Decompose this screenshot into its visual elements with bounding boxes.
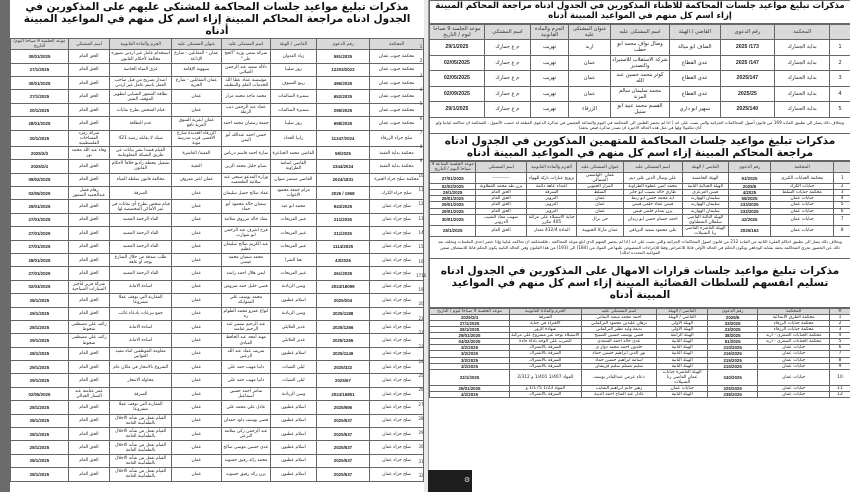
table-cell: 02/05/2025 — [11, 387, 69, 400]
table-cell: اساءة الامانة — [110, 280, 172, 293]
table-cell: قصي خليل حمد شروش — [221, 280, 271, 293]
table-cell: روز صليبا — [271, 63, 316, 76]
table-cell: الحق العام — [68, 200, 109, 213]
table-cell: حي نزال — [577, 214, 623, 225]
table-cell: وسن الزيادنة — [271, 387, 316, 400]
table-cell: برهان عليدين محمود التركماني — [581, 321, 657, 327]
table-row: صلح جزاء عمان2025/1266غدير العلايليعبد ا… — [11, 320, 424, 333]
column-header: عنوان المشتكى عليه — [577, 162, 623, 173]
table-cell: الحق العام — [68, 240, 109, 253]
table-cell: عمان — [172, 428, 222, 441]
table-cell: عبد الرحيم تيسير عبد الرحيم عثامنه — [221, 320, 271, 333]
table-cell: 2025/637 — [316, 414, 370, 427]
table-cell: عبير الفريحات — [271, 227, 316, 240]
table-cell: الحق العام — [68, 213, 109, 226]
column-header: القاضي / الهيئة — [271, 39, 316, 50]
table-cell: اسلام عطيون — [271, 468, 316, 481]
table-cell: 27/1/2025 — [11, 63, 69, 76]
section2-body: 1محكمة الجنايات الكبرى91/2025الهيئة الخا… — [430, 173, 850, 237]
line-number: 20 — [416, 301, 426, 306]
table-cell: 2025/140 — [720, 102, 775, 117]
table-cell: القاضي منتصر صوان — [271, 173, 316, 186]
table-row: 3بداية الجمارك2025/147عدي القطاعكوثر محم… — [430, 71, 850, 86]
table-cell: جنايات عمان — [758, 369, 830, 385]
section1-header: المحكمةرقم الدعوىالقاضي / الهيئةاسم المش… — [430, 24, 850, 39]
table-cell: 91/2025 — [728, 173, 770, 184]
table-cell: 2025/1266 — [316, 320, 370, 333]
table-cell: غدير العلايلي — [271, 320, 316, 333]
table-row: 7جنايات عمان42/2025الهيئة الثالثة القاضي… — [430, 214, 850, 225]
table-cell: 29/1/2025 — [430, 40, 485, 55]
table-cell: جنايات عمان — [758, 391, 830, 397]
table-cell: م ع جمارك — [484, 71, 530, 86]
line-number: 24 — [416, 359, 426, 364]
table-cell: السرقة بالاشتراك — [510, 391, 582, 397]
table-cell: القاضي محمد الجباعرة — [271, 146, 316, 159]
table-row: صلح جزاء عمان211/2025عبير الفريحاتمعاذ خ… — [11, 213, 424, 226]
column-header: المحكمة — [771, 162, 834, 173]
table-cell: 652/2025 — [316, 90, 370, 103]
column-header: القاضي / الهيئة — [670, 24, 721, 39]
table-cell: الحق العام — [68, 227, 109, 240]
table-cell: 02/05/2025 — [430, 55, 485, 70]
table-cell: 29/1/2025 — [11, 307, 69, 320]
table-cell: عمان — [172, 361, 222, 374]
table-cell: 27/01/2025 — [11, 267, 69, 280]
table-cell: 2025/2/3 — [11, 146, 69, 159]
section2-header: المحكمةرقم الدعوىالقاضي / الهيئةاسم المش… — [430, 162, 850, 173]
table-cell: جمع تبرعات بادعاء غائب — [110, 307, 172, 320]
table-cell: 27/01/2025 — [430, 173, 476, 184]
table-cell: الحق العام — [68, 117, 109, 130]
table-row: 8جنايات عمان2025/163الهيئة العاشرة القاض… — [430, 225, 850, 236]
table-cell: ايه محمد حسن ابو زنط — [623, 196, 682, 202]
table-cell: 28/01/2025 — [11, 117, 69, 130]
table-cell: 2025/1265 — [316, 334, 370, 347]
table-cell: طلب صدقة من خلال الشارع بوجه او عاهة — [110, 253, 172, 266]
table-cell: محاولة الانتحار — [110, 374, 172, 387]
table-cell: اسلام عطيون — [271, 347, 316, 360]
table-cell: بداية الجمارك — [775, 55, 830, 70]
table-cell: الحق العام — [68, 401, 109, 414]
table-cell: سيهوبة الإقامة — [172, 63, 222, 76]
table-row: 1بداية الجمارك173/ 2025الصاف ابو ميالةوص… — [430, 40, 850, 55]
table-cell: عمان — [172, 90, 222, 103]
table-cell: 27/1/2025 — [11, 90, 69, 103]
column-header: اسم المشتكي — [484, 24, 530, 39]
table-cell: محمد ماجد محمد مرار — [221, 90, 271, 103]
table-cell: شركة الاستقلاب للاستيراد والتصدير — [611, 55, 670, 70]
table-cell: ايمن هلال احمد راشد — [221, 267, 271, 280]
table-cell: محمد يوسف علي الشوابكه — [221, 294, 271, 307]
table-cell: القيام بفعل من شأنه الاخلال بالطمأنينة ا… — [110, 441, 172, 454]
table-cell: عدم النظافة — [110, 117, 172, 130]
table-cell: سميرة السالمات — [271, 90, 316, 103]
table-cell: غرق المياه الخاصة — [110, 63, 172, 76]
table-cell: اسلام عطيون — [271, 401, 316, 414]
table-cell: 211/2025 — [316, 213, 370, 226]
table-cell: القاء الرحمة المعنيه — [110, 213, 172, 226]
table-cell: عمان — [172, 240, 222, 253]
section3-table: #المحكمةرقم الدعوىالقاضي / الهيئةاسم الم… — [429, 308, 850, 398]
table-cell: يزن رائد رفيق حسونه — [221, 468, 271, 481]
table-cell: الحق العام — [68, 103, 109, 116]
table-cell: عبد الكريم صالح سليمان عظيم — [221, 240, 271, 253]
line-number: 2 — [416, 58, 426, 63]
line-number: 32 — [416, 473, 426, 478]
table-cell: 2025/695 — [316, 401, 370, 414]
table-row: صلح جزاء عمان2024/18099وسن الزيادنةقصي خ… — [11, 280, 424, 293]
table-cell: عمان — [568, 86, 610, 101]
table-cell: الحق العام — [68, 374, 109, 387]
table-cell: مرام جمعة محمود الاغوات — [271, 187, 316, 200]
table-cell: عمان — [172, 200, 222, 213]
table-row: صلح جزاء عمان211/2025عبير الفريحاتفرح اش… — [11, 227, 424, 240]
table-cell: غدير العلايلي — [271, 334, 316, 347]
table-cell: وفاء عبد الله محمد نور — [68, 146, 109, 159]
line-number: 29 — [416, 430, 426, 435]
table-cell: رائف علي مصطفى شحوط — [68, 320, 109, 333]
gear-icon: ⚙ — [464, 476, 470, 484]
table-cell: م ع جمارك — [484, 40, 530, 55]
table-cell: 27/01/2025 — [11, 213, 69, 226]
table-row: محكمة بداية العقبة2344/2024القاضي اسامة … — [11, 160, 424, 173]
line-number: 8 — [416, 144, 426, 149]
table-cell: 2025/163 — [728, 225, 770, 236]
table-cell: بداية الجمارك — [775, 40, 830, 55]
table-cell: سهير ابو داري — [670, 102, 721, 117]
table-cell: 2025/537 — [316, 441, 370, 454]
table-cell: 28/01/2025 — [11, 253, 69, 266]
table-cell: عمان /غير معروف — [172, 173, 222, 186]
table-cell: 12203/2022 — [316, 63, 370, 76]
table-row: صلح جزاء عمان2025/204اسلام عطيونمحمد يوس… — [11, 294, 424, 307]
table-cell: رانيا الحداد — [271, 130, 316, 146]
table-cell: 09/02/2025 — [11, 173, 69, 186]
floating-settings-button[interactable]: ⚙ — [428, 470, 472, 492]
table-cell: 10 — [829, 369, 850, 385]
column-header: اسم المشتكى عليه — [221, 39, 271, 50]
table-cell: 30/01/2025 — [11, 77, 69, 90]
table-cell: رائف علي مصطفى شحوط — [68, 334, 109, 347]
table-cell: 27/01/2025 — [11, 240, 69, 253]
table-row: صلح جزاء الكرك1968 / 2026مرام جمعة محمود… — [11, 187, 424, 200]
table-cell: جنايات عمان — [771, 225, 834, 236]
line-number: 23 — [416, 344, 426, 349]
table-cell: اسلام عطيون — [271, 414, 316, 427]
table-cell: 591/2025 — [316, 50, 370, 63]
table-cell: مقاومة الموظفين اثناء تنفيذ القوانين — [110, 347, 172, 360]
table-cell: 1 — [834, 173, 850, 184]
table-cell: وزارة المدعو صبحي عبد سلامة الطعمسه — [221, 173, 271, 186]
table-cell: روز صليبا — [271, 117, 316, 130]
table-cell: 02/05/2025 — [430, 71, 485, 86]
table-cell: 28/1/2025 — [430, 225, 476, 236]
table-cell: محمد سفيان محمد عيسى — [221, 253, 271, 266]
table-row: صلح جزاء عمان2025/1188وسن الزيادنةانواع … — [11, 307, 424, 320]
table-cell: عادل علي محمد علي — [221, 401, 271, 414]
table-cell: تهريب — [531, 55, 569, 70]
table-cell: عمان — [172, 320, 222, 333]
table-cell: تهريب — [531, 71, 569, 86]
table-cell: 2 — [829, 55, 850, 70]
table-row: صلح جزاء عمان261/2025عبير الفريحاتايمن ه… — [11, 267, 424, 280]
line-number: 9 — [416, 158, 426, 163]
table-cell: 2024/1831 — [316, 173, 370, 186]
table-cell: 28/1/2025 — [11, 414, 69, 427]
table-cell: 2025/322 — [316, 361, 370, 374]
table-cell: 4 — [829, 86, 850, 101]
table-cell: القاء الرحمة المعنيه — [110, 227, 172, 240]
table-cell: عمان — [172, 401, 222, 414]
column-header — [829, 24, 850, 39]
table-cell: اسلام عطيون — [271, 454, 316, 467]
table-cell: عمان — [172, 347, 222, 360]
table-cell: بداية الجمارك — [775, 102, 830, 117]
table-cell: 23/1/2025 — [430, 369, 510, 385]
table-cell: عمان — [172, 294, 222, 307]
table-cell: 28/1/2025 — [11, 320, 69, 333]
column-header: الجرم والمادة القانونية — [110, 39, 172, 50]
table-cell: 28/1/2025 — [11, 454, 69, 467]
table-cell: الحق العام — [68, 414, 109, 427]
table-cell: دانيا مهيب حمد علي — [221, 374, 271, 387]
table-row: صلح جزاء عمان943/2025محمد ابو عيدسفيان خ… — [11, 200, 424, 213]
table-cell: 29/1/2025 — [11, 374, 69, 387]
table-cell: اصدار تصريح من قبل صاحب العمل باسم عامل … — [110, 77, 172, 90]
line-number: 19 — [416, 287, 426, 292]
table-cell: الحق العام — [68, 267, 109, 280]
table-cell: الحق العام — [68, 307, 109, 320]
table-cell: جناية الاستيلاء على مركبة 405 مكرر — [526, 214, 577, 225]
table-row: صلح جزاء عمان1114/2025عبير الفريحاتعبد ا… — [11, 240, 424, 253]
table-cell: م ع جمارك — [484, 102, 530, 117]
table-cell: الحق العام — [68, 173, 109, 186]
table-cell: الاستيلاء بوجه غير مشروع على مركبة — [510, 333, 582, 339]
table-cell: 30/01/2025 — [11, 50, 69, 63]
table-cell: عماد صالح جميل سليمان — [221, 187, 271, 200]
table-cell: ترويج عيارات ناريّة للهواء — [526, 173, 577, 184]
table-cell: 2025/537 — [316, 454, 370, 467]
table-cell: الحق العام — [68, 347, 109, 360]
table-cell: جنايات عمان — [771, 214, 834, 225]
table-row: صلح جزاء عمان2025/637اسلام عطيونعبد الرح… — [11, 428, 424, 441]
table-cell: تهريب — [531, 40, 569, 55]
line-number: 27 — [416, 402, 426, 407]
line-number: 4 — [416, 87, 426, 92]
line-number: 1716 — [416, 273, 426, 278]
line-number: 30 — [416, 444, 426, 449]
table-cell: 2024/16851 — [316, 387, 370, 400]
table-cell: 238/2025 — [707, 391, 758, 397]
table-cell: وسن الزيادنة — [271, 307, 316, 320]
table-cell: عمان المقابلين - شارع الحرية — [172, 77, 222, 90]
table-cell: شركة سمى وزية "الحج على" — [221, 50, 271, 63]
table-cell: 29/01/2025 — [11, 200, 69, 213]
table-cell: 28/1/2025 — [11, 347, 69, 360]
table-row: 2بداية الجمارك147/ 2025عدي القطاعشركة ال… — [430, 55, 850, 70]
table-cell: الحق العام — [68, 454, 109, 467]
table-cell: 211/2025 — [316, 227, 370, 240]
table-cell: الحق العام — [68, 160, 109, 173]
table-row: صلح جزاء عمان2025/695اسلام عطيونعادل علي… — [11, 401, 424, 414]
table-cell: 59/2025 — [316, 146, 370, 159]
table-cell: الحق العام — [68, 468, 109, 481]
table-cell: الحق العام — [68, 428, 109, 441]
table-cell: عمان — [172, 468, 222, 481]
table-row: 12جنايات عمان238/2025الهيئة الثانيةعادل … — [430, 391, 850, 397]
column-header: رقم الدعوى — [720, 24, 775, 39]
table-cell: م ع جمارك — [484, 86, 530, 101]
table-cell: 4/2/2025 — [430, 391, 510, 397]
table-cell: 42/2025 — [728, 214, 770, 225]
table-cell: 28/1/2025 — [11, 441, 69, 454]
column-header: موعد الجلسة 9 صباحا ليوم / التاريخ — [430, 24, 485, 39]
table-cell: المادة 412/4 معدل — [526, 225, 577, 236]
column-header: عنوان المشتكى عليه — [568, 24, 610, 39]
table-cell: شركة زمرد المساحات الفلسطينية — [68, 130, 109, 146]
table-row: صلح جزاء الزرقاء11347/2024رانيا الحدادحس… — [11, 130, 424, 146]
table-cell: شيك لا يقابله رصيد 421 — [110, 130, 172, 146]
table-cell: اسلام عطيون — [271, 294, 316, 307]
table-cell: محكمة الجنايات الكبرى — [771, 173, 834, 184]
table-row: محكمة جنوب عمان698/2025روز صليباجمعة رمض… — [11, 117, 424, 130]
table-row: صلح جزاء عمان2025/537اسلام عطيونعدي حسين… — [11, 441, 424, 454]
table-cell: 496/2025 — [316, 77, 370, 90]
table-cell: مخالفة قانون سلطة المياه — [110, 173, 172, 186]
table-cell: 2025/1188 — [316, 307, 370, 320]
table-row: صلح جزاء عمان2025/537اسلام عطيونمحمد رائ… — [11, 454, 424, 467]
table-cell: 12 — [829, 391, 850, 397]
column-header: اسم المشتكى عليه — [611, 24, 670, 39]
document-page-left: مذكرات تبليغ مواعيد جلسات المحاكمة للمشت… — [10, 0, 424, 492]
table-cell: ----------- — [476, 173, 527, 184]
table-cell: 173/ 2025 — [720, 40, 775, 55]
table-cell: اساءة الامانة — [110, 320, 172, 333]
table-cell: انواع عمرو محمد الطوام ره — [221, 307, 271, 320]
table-cell: الهيئة العاشرة القاضي رنا الشبيلات — [682, 225, 728, 236]
table-cell: 28/1/2025 — [11, 468, 69, 481]
table-cell: الحق العام — [476, 225, 527, 236]
table-cell: الحق العام — [68, 63, 109, 76]
table-row: محكمة جنوب عمان652/2025سميرة السالماتمحم… — [11, 90, 424, 103]
table-cell: عمر عثامنة عبد الستار الجبالي — [68, 387, 109, 400]
table-cell: عمان - المقابلين - شارع الإذاعة — [172, 50, 222, 63]
table-cell: اسلام عطيون — [271, 428, 316, 441]
table-row: محكمة جنوب عمان12203/2022روز صليبادلالة … — [11, 63, 424, 76]
table-cell: بسام خليل محمد الزين — [221, 160, 271, 173]
table-cell: المواد 1/407 1/401 و 2/312 — [510, 369, 582, 385]
table-cell: 261/2025 — [316, 267, 370, 280]
column-header: موعد الجلسة الساعة 9 صباحا اليوم / التار… — [430, 162, 476, 173]
table-cell: عماد عبد الرحمن ذيب الزطة — [221, 103, 271, 116]
table-row: صلح جزاء عمان2025/1265غدير العلايليمهند … — [11, 334, 424, 347]
table-cell: عبير الفريحات — [271, 213, 316, 226]
table-cell: زياد العدوان — [271, 50, 316, 63]
table-cell: 2025/637 — [316, 468, 370, 481]
column-header: اسم المشتكى عليه — [623, 162, 682, 173]
table-cell: عادل عبد الفتاح احمد الذيبة — [581, 391, 657, 397]
table-cell: 2025/204 — [316, 294, 370, 307]
table-cell: 8 — [834, 225, 850, 236]
section1-table: المحكمةرقم الدعوىالقاضي / الهيئةاسم المش… — [429, 24, 850, 118]
table-cell: سميرة السالمات — [271, 103, 316, 116]
table-cell: قصي يوسف داود حمدان — [221, 414, 271, 427]
table-cell: الهيئة الثالثة القاضي سلطان الشطناوي — [682, 214, 728, 225]
table-cell: اساءة الامانة — [110, 334, 172, 347]
table-cell: عبير الفريحات — [271, 267, 316, 280]
table-cell: العقبة — [172, 160, 222, 173]
table-cell: دانيا مهيب حمد علي — [221, 361, 271, 374]
table-cell: 2024/18099 — [316, 280, 370, 293]
line-number: 13 — [416, 216, 426, 221]
table-row: 10جنايات عمان240/2025الهيئة العاشرة جناي… — [430, 369, 850, 385]
document-page-right: مذكرات تبليغ مواعيد جلسات المحاكمة للاظن… — [428, 0, 850, 492]
section3-body: 1محكمة الطرق الابتدائية2025/6القاضي / ال… — [430, 315, 850, 398]
table-cell: عمان — [172, 187, 222, 200]
table-cell: الحق العام — [68, 253, 109, 266]
table-cell: وصال نواف محمد ابو حطب — [611, 40, 670, 55]
table-cell: 30/01/2025 — [430, 214, 476, 225]
table-cell: 29/1/2025 — [11, 334, 69, 347]
left-page-title: مذكرات تبليغ مواعيد جلسات المحاكمة للمشت… — [10, 0, 424, 38]
table-cell: عمان — [172, 441, 222, 454]
table-cell: نور الدين ابراهيم حسين حماد — [581, 351, 657, 357]
table-cell: 43/2025 — [316, 253, 370, 266]
table-cell: عمان — [172, 454, 222, 467]
table-row: صلح جزاء عمان2025/1149اسلام عطيونشريف عم… — [11, 347, 424, 360]
table-cell: عبير الفريحات — [271, 240, 316, 253]
section1-note: وبخلاف ذلك يصار الى تطبيق المادة 169 من … — [429, 118, 850, 134]
table-row: 1محكمة الجنايات الكبرى91/2025الهيئة الخا… — [430, 173, 850, 184]
line-number: 14 — [416, 230, 426, 235]
table-cell: يزن طه محمد القطاونة — [476, 184, 527, 190]
table-row: 4بداية الجمارك2025/25عدي القطاعمحمد سليم… — [430, 86, 850, 101]
table-row: 5بداية الجمارك2025/140سهير ابو داريالقسم… — [430, 102, 850, 117]
table-cell: القاء الرحمة المعنيه — [110, 267, 172, 280]
column-header: اسم المشتكي — [68, 39, 109, 50]
table-cell: علي وصال الدين علي ديم — [623, 173, 682, 184]
table-cell: القاضي اسامة الطراونة — [271, 160, 316, 173]
table-cell: 28/1/2025 — [11, 401, 69, 414]
table-cell: دلالة سعيد عبد الرحمن الغيلاني — [221, 63, 271, 76]
column-header: رقم الدعوى — [316, 39, 370, 50]
line-number: 7 — [416, 130, 426, 135]
table-row: محكمة جنوب عمان496/2025ربيع السيوفمؤسسة … — [11, 77, 424, 90]
table-cell: بداية الجمارك — [775, 86, 830, 101]
table-cell: 2025/2/4 — [11, 160, 69, 173]
line-number: 10 — [416, 173, 426, 178]
column-header — [834, 162, 850, 173]
table-cell: 28/1/2025 — [11, 428, 69, 441]
table-cell: الحق العام — [68, 441, 109, 454]
table-cell: قيام الشخص بطرح نفايات — [110, 103, 172, 116]
line-number: 3 — [416, 73, 426, 78]
table-cell: ليلى الشيات — [271, 374, 316, 387]
table-cell: كوثر محمد حسين عبد الله — [611, 71, 670, 86]
table-cell: الصاف ابو ميالة — [670, 40, 721, 55]
table-cell: عدي حسين موسى صالح — [221, 441, 271, 454]
table-row: محكمة صلح جزاء الجيزة2024/1831القاضي منت… — [11, 173, 424, 186]
table-cell: سارة احمد قاسم درباس — [221, 146, 271, 159]
table-row: صلح جزاء عمان43/2025هنا الشرامحمد سفيان … — [11, 253, 424, 266]
table-cell: جمعة رمضان محمد احمد — [221, 117, 271, 130]
section2-table: المحكمةرقم الدعوىالقاضي / الهيئةاسم المش… — [429, 161, 850, 237]
table-cell: 20/1/2025 — [11, 103, 69, 116]
table-cell: عمان — [172, 103, 222, 116]
table-row: صلح جزاء عمان2025/637اسلام عطيونيزن رائد… — [11, 468, 424, 481]
table-cell: القيام قصدا نشر بيانات عن طريق الشبكة ال… — [110, 146, 172, 159]
